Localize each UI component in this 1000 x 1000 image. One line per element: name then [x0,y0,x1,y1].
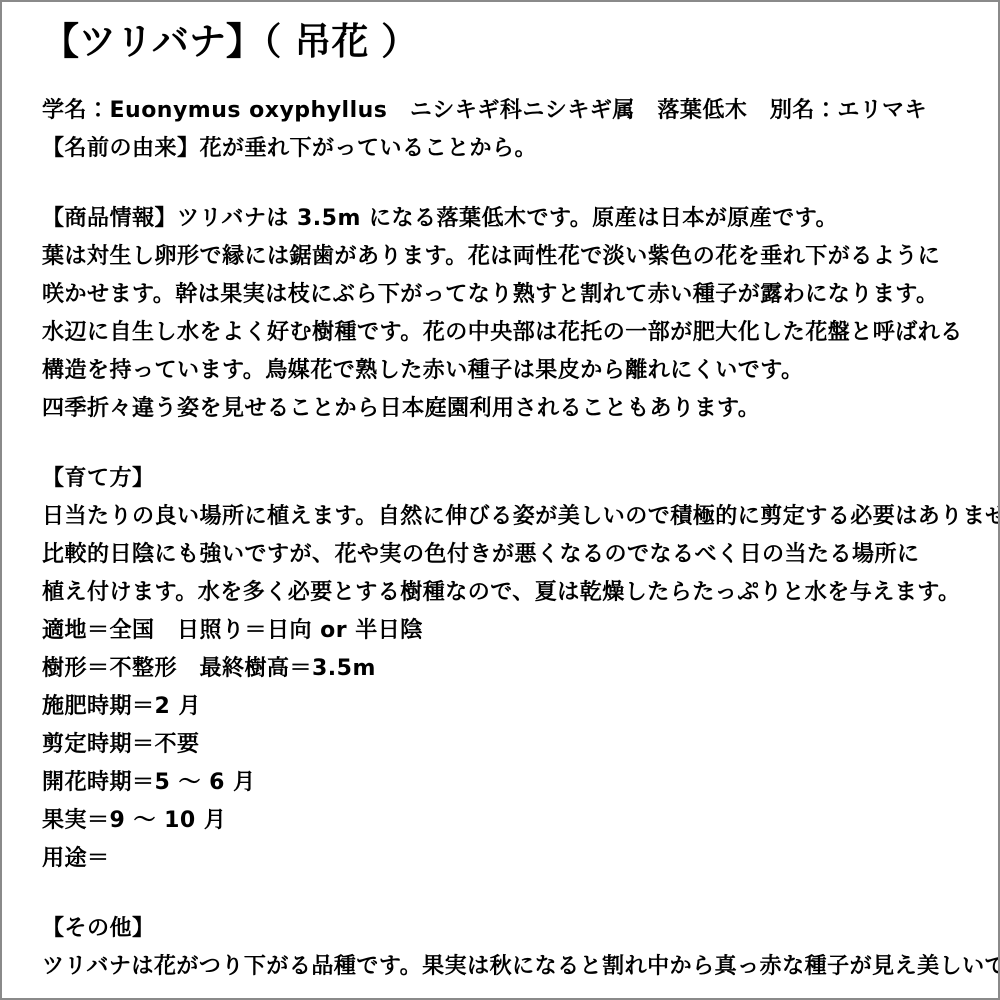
text-line: 水辺に自生し水をよく好む樹種です。花の中央部は花托の一部が肥大化した花盤と呼ばれ… [42,314,992,352]
text-line-fertilizing-period: 施肥時期＝2 月 [42,688,992,726]
text-line-flowering-period: 開花時期＝5 ～ 6 月 [42,764,992,802]
text-line-pruning-period: 剪定時期＝不要 [42,726,992,764]
text-line: 葉は対生し卵形で縁には鋸歯があります。花は両性花で淡い紫色の花を垂れ下がるように [42,238,992,276]
section-heading: 【育て方】 [42,460,992,498]
text-line: 日当たりの良い場所に植えます。自然に伸びる姿が美しいので積極的に剪定する必要はあ… [42,498,992,536]
text-line: 【商品情報】ツリバナは 3.5m になる落葉低木です。原産は日本が原産です。 [42,200,992,238]
section-other: 【その他】 ツリバナは花がつり下がる品種です。果実は秋になると割れ中から真っ赤な… [42,910,992,986]
text-line-suitable-area: 適地＝全国 日照り＝日向 or 半日陰 [42,612,992,650]
text-line-fruit-period: 果実＝9 ～ 10 月 [42,802,992,840]
text-line: 植え付けます。水を多く必要とする樹種なので、夏は乾燥したらたっぷりと水を与えます… [42,574,992,612]
section-how-to-grow: 【育て方】 日当たりの良い場所に植えます。自然に伸びる姿が美しいので積極的に剪定… [42,460,992,878]
text-line: 四季折々違う姿を見せることから日本庭園利用されることもあります。 [42,390,992,428]
text-line: 比較的日陰にも強いですが、花や実の色付きが悪くなるのでなるべく日の当たる場所に [42,536,992,574]
section-product-info: 【商品情報】ツリバナは 3.5m になる落葉低木です。原産は日本が原産です。 葉… [42,200,992,428]
text-line-usage: 用途＝ [42,840,992,878]
text-line-tree-shape: 樹形＝不整形 最終樹高＝3.5m [42,650,992,688]
section-basic-info: 学名：Euonymus oxyphyllus ニシキギ科ニシキギ属 落葉低木 別… [42,92,992,168]
page-title: 【ツリバナ】（ 吊花 ） [42,18,992,66]
text-line-name-origin: 【名前の由来】花が垂れ下がっていることから。 [42,130,992,168]
section-heading: 【その他】 [42,910,992,948]
text-line: 構造を持っています。鳥媒花で熟した赤い種子は果皮から離れにくいです。 [42,352,992,390]
text-line: 咲かせます。幹は果実は枝にぶら下がってなり熟すと割れて赤い種子が露わになります。 [42,276,992,314]
document-page: 【ツリバナ】（ 吊花 ） 学名：Euonymus oxyphyllus ニシキギ… [0,0,1000,1000]
text-line-scientific-name: 学名：Euonymus oxyphyllus ニシキギ科ニシキギ属 落葉低木 別… [42,92,992,130]
text-line: ツリバナは花がつり下がる品種です。果実は秋になると割れ中から真っ赤な種子が見え美… [42,948,992,986]
